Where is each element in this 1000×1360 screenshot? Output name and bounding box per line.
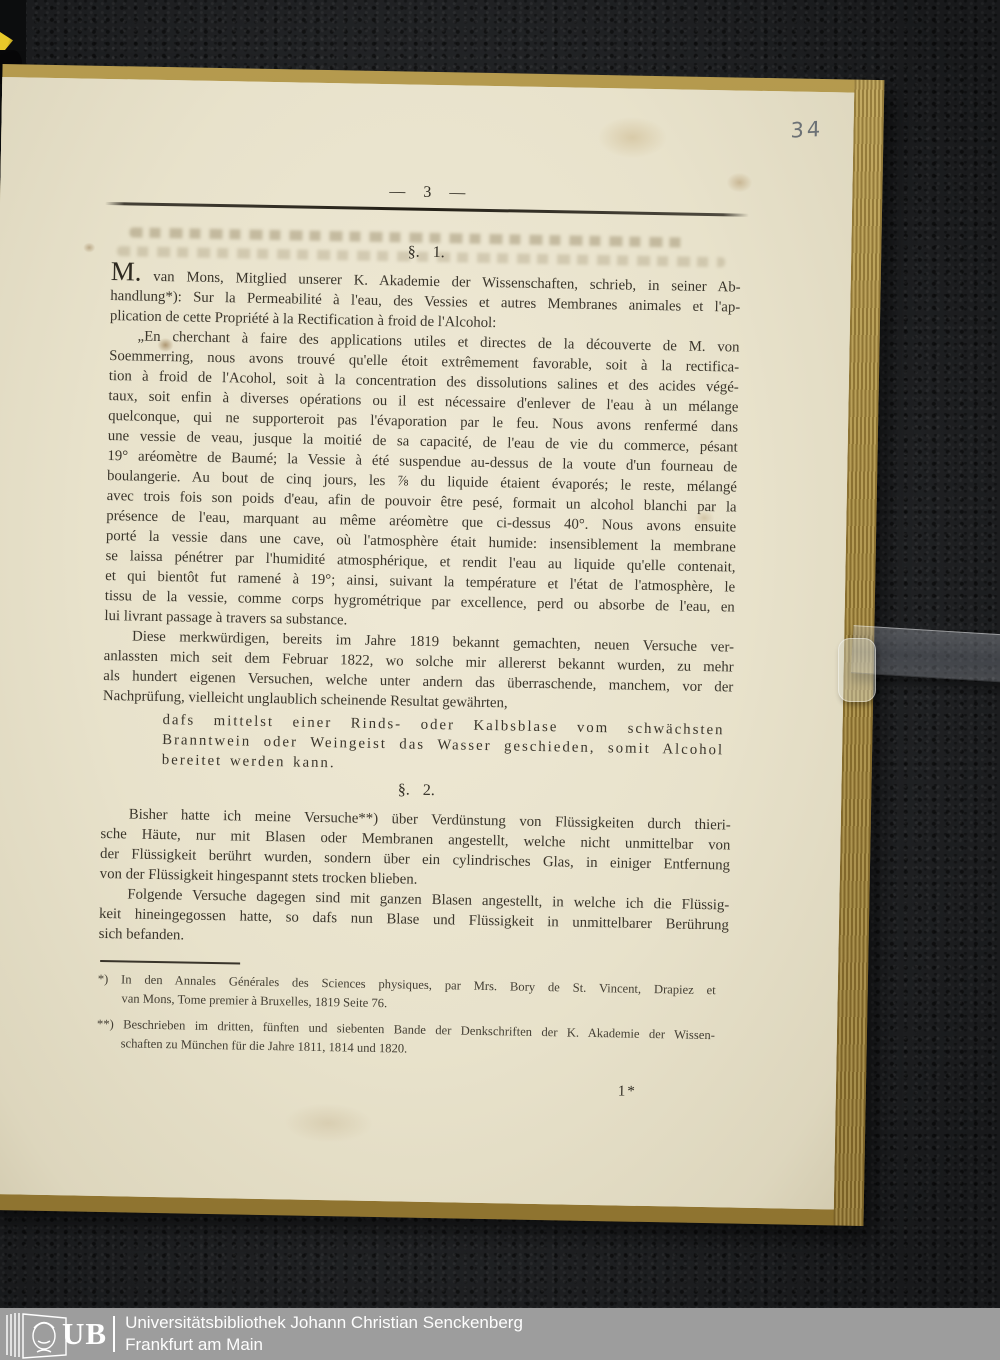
logo-separator bbox=[113, 1316, 115, 1352]
footnote-2: **) Beschrieben im dritten, fünften und … bbox=[96, 1015, 715, 1064]
drop-initial: M. bbox=[111, 256, 142, 287]
ub-logo-text: UB bbox=[62, 1316, 107, 1352]
section-1-heading: §. 1. bbox=[111, 237, 741, 269]
scan-viewport: 34 — 3 — §. 1. M. van Mons, Mitglied uns… bbox=[0, 0, 1000, 1360]
library-banner: UB Universitätsbibliothek Johann Christi… bbox=[0, 1308, 1000, 1360]
footnote-rule bbox=[100, 960, 240, 965]
paragraph-german: Diese merkwürdigen, bereits im Jahre 181… bbox=[103, 626, 734, 718]
library-name-block: Universitätsbibliothek Johann Christian … bbox=[125, 1312, 523, 1356]
emphasized-result-block: dafs mittelst einer Rinds- oder Kalbsbla… bbox=[162, 710, 725, 780]
paragraph-section2-2: Folgende Versuche dagegen sind mit ganze… bbox=[98, 884, 729, 956]
handwritten-folio-number: 34 bbox=[791, 117, 824, 143]
ub-logo-icon bbox=[4, 1308, 70, 1360]
paragraph-section2-1: Bisher hatte ich meine Versuche**) über … bbox=[100, 804, 731, 896]
typeset-text-block: — 3 — §. 1. M. van Mons, Mitglied unsere… bbox=[0, 77, 744, 1104]
page-holder-clip bbox=[838, 638, 876, 702]
signature-mark: 1* bbox=[618, 1082, 726, 1104]
page-paper: 34 — 3 — §. 1. M. van Mons, Mitglied uns… bbox=[0, 77, 854, 1209]
footnote-1: *) In den Annales Générales des Sciences… bbox=[97, 970, 716, 1019]
book-page: 34 — 3 — §. 1. M. van Mons, Mitglied uns… bbox=[0, 64, 884, 1226]
library-city: Frankfurt am Main bbox=[125, 1334, 523, 1356]
ub-logo: UB bbox=[4, 1308, 125, 1360]
stain bbox=[283, 1102, 374, 1144]
library-name: Universitätsbibliothek Johann Christian … bbox=[125, 1312, 523, 1334]
paragraph-french-quote: „En cherchant à faire des applications u… bbox=[104, 326, 739, 637]
section-2-heading: §. 2. bbox=[101, 775, 731, 807]
